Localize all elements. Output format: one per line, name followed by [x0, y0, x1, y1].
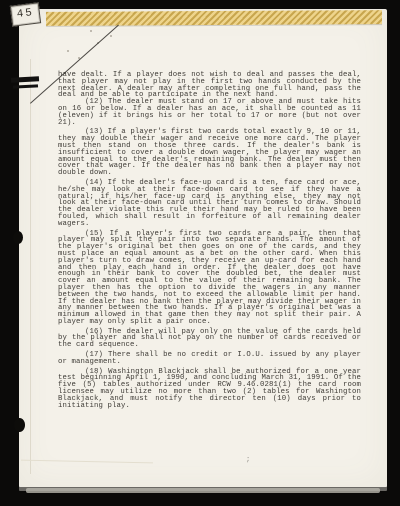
hole-punch-mark: [14, 418, 25, 432]
paragraph-16: (16) The dealer will pay only on the val…: [58, 329, 361, 349]
ink-speck: [67, 50, 69, 52]
page-number-label: 45: [10, 2, 41, 26]
ink-speck: [90, 30, 92, 32]
page-number-text: 45: [16, 7, 35, 21]
under-sheet-line: [21, 460, 153, 464]
hole-punch-mark: [13, 231, 23, 244]
paragraph-18: (18) Washington Blackjack shall be autho…: [58, 369, 361, 410]
paragraph-12: (12) The dealer must stand on 17 or abov…: [58, 99, 361, 126]
under-sheet-edge: [30, 59, 31, 474]
ink-speck: [110, 35, 112, 37]
scanned-document-page: have dealt. If a player does not wish to…: [19, 9, 387, 487]
tape-strip: [46, 10, 382, 26]
document-text: have dealt. If a player does not wish to…: [58, 72, 361, 409]
scanner-bed-edge: [26, 488, 380, 493]
paragraph-13: (13) If a player's first two cards total…: [58, 129, 361, 177]
paragraph-14: (14) If the dealer's face-up card is a t…: [58, 180, 361, 228]
paragraph-continuation: have dealt. If a player does not wish to…: [58, 72, 361, 99]
paragraph-15: (15) If a player's first two cards are a…: [58, 231, 361, 326]
footer-smudge-mark: ;: [246, 456, 250, 464]
paragraph-17: (17) There shall be no credit or I.O.U. …: [58, 352, 361, 366]
